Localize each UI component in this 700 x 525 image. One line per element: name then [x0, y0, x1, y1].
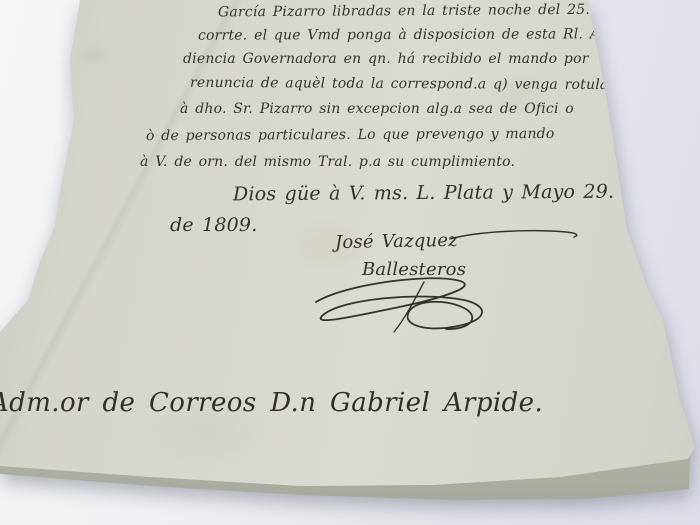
manuscript-line-1: García Pizarro libradas en la triste noc…: [218, 2, 619, 21]
paper-surface: García Pizarro libradas en la triste noc…: [0, 0, 700, 525]
manuscript-year: de 1809.: [170, 214, 257, 236]
signature-rubric-flourish: [306, 272, 506, 334]
photo-background: García Pizarro libradas en la triste noc…: [0, 0, 700, 525]
address-line: Adm.or de Correos D.n Gabriel Arpide.: [0, 388, 543, 418]
manuscript-paper: García Pizarro libradas en la triste noc…: [0, 0, 700, 525]
manuscript-dateline: Dios güe à V. ms. L. Plata y Mayo 29.: [233, 181, 614, 206]
manuscript-line-2: corrte. el que Vmd ponga à disposicion d…: [198, 26, 609, 43]
signature-tail-flourish: [448, 228, 583, 242]
manuscript-line-5: à dho. Sr. Pizarro sin excepcion alg.a s…: [180, 101, 574, 117]
manuscript-line-6: ò de personas particulares. Lo que preve…: [146, 126, 555, 144]
manuscript-line-4: renuncia de aquèl toda la correspond.a q…: [190, 75, 626, 93]
manuscript-line-3: diencia Governadora en qn. há recibido e…: [183, 51, 589, 67]
manuscript-line-7: à V. de orn. del mismo Tral. p.a su cump…: [140, 154, 515, 170]
signature-name: José Vazquez: [335, 230, 458, 253]
